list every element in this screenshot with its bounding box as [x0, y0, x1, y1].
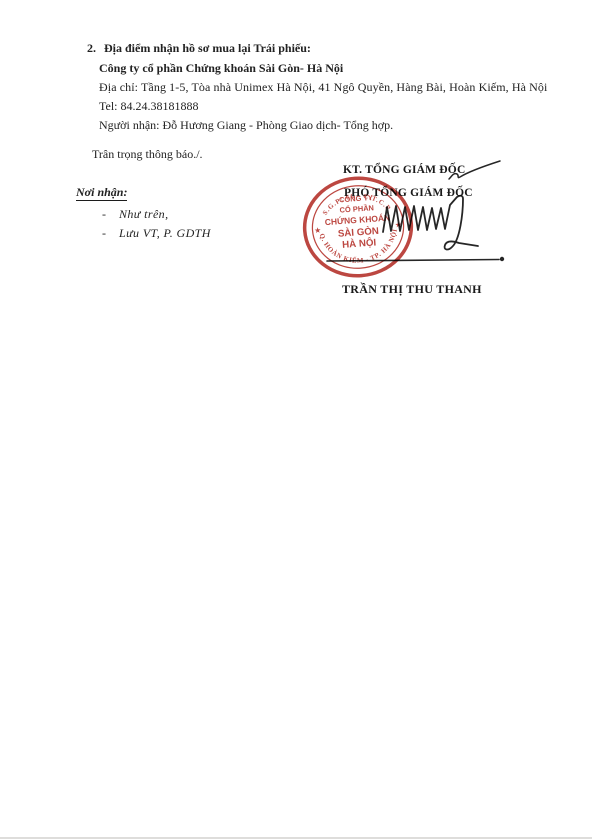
signature-baseline-rule: [327, 260, 499, 262]
handwritten-signature: [300, 145, 520, 270]
company-tel: Tel: 84.24.38181888: [99, 99, 199, 113]
signature-zigzag-stroke: [383, 196, 478, 250]
company-name: Công ty cổ phần Chứng khoán Sài Gòn- Hà …: [99, 61, 343, 75]
signature-baseline-dot: [500, 257, 504, 261]
recipient-item-bullet: -: [102, 207, 106, 221]
closing-line: Trân trọng thông báo./.: [92, 147, 203, 161]
recipient-item-text: Lưu VT, P. GDTH: [119, 226, 211, 240]
signer-name: TRẦN THỊ THU THANH: [342, 282, 482, 297]
recipient-item-bullet: -: [102, 226, 106, 240]
recipients-heading: Nơi nhận:: [76, 185, 127, 201]
contact-person: Người nhận: Đỗ Hương Giang - Phòng Giao …: [99, 118, 393, 132]
recipient-item-text: Như trên,: [119, 207, 168, 221]
company-address: Địa chỉ: Tầng 1-5, Tòa nhà Unimex Hà Nội…: [99, 80, 547, 94]
scanned-document-page: 2. Địa điểm nhận hồ sơ mua lại Trái phiế…: [0, 0, 592, 839]
signature-flourish-stroke: [449, 161, 500, 179]
item-number: 2.: [87, 41, 96, 55]
item-title: Địa điểm nhận hồ sơ mua lại Trái phiếu:: [104, 41, 311, 55]
